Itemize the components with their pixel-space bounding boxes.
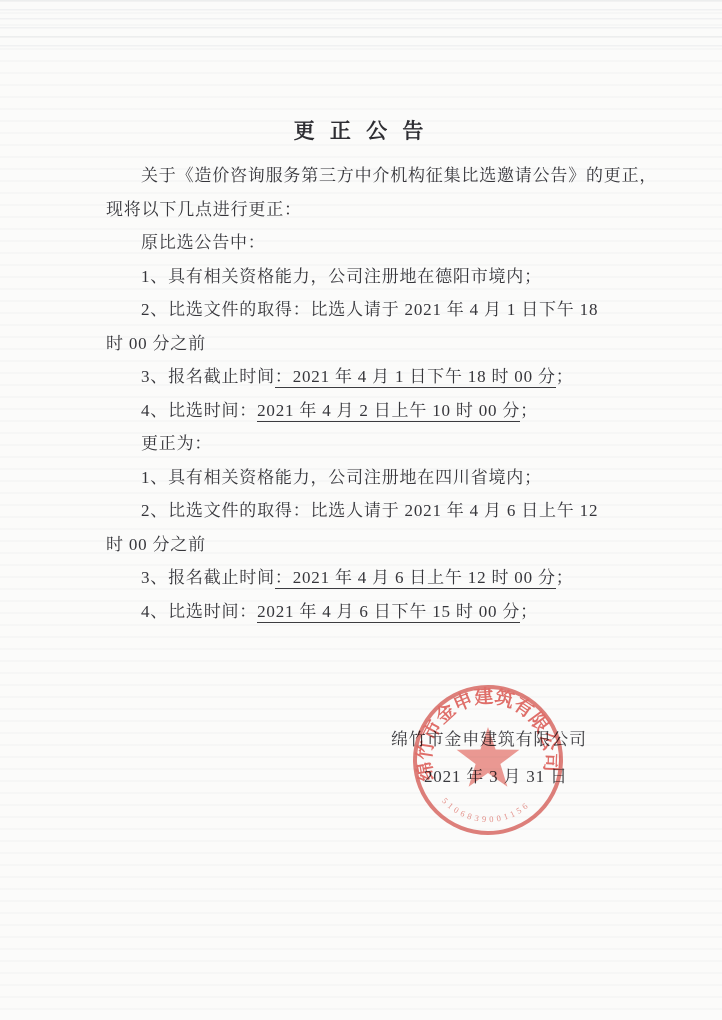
text: 原比选公告中：	[141, 233, 266, 252]
text: 时 00 分之前	[106, 334, 206, 353]
text: 1、具有相关资格能力，公司注册地在四川省境内；	[141, 468, 542, 487]
document-line: 更正为：	[106, 427, 626, 461]
text: 更正为：	[141, 434, 212, 453]
document-line: 2、比选文件的取得：比选人请于 2021 年 4 月 1 日下午 18	[106, 293, 626, 327]
underlined-text: 2021 年 4 月 2 日上午 10 时 00 分	[257, 401, 520, 422]
document-body: 关于《造价咨询服务第三方中介机构征集比选邀请公告》的更正，现将以下几点进行更正：…	[106, 159, 626, 628]
signature-company: 绵竹市金申建筑有限公司	[391, 725, 587, 750]
document-line: 2、比选文件的取得：比选人请于 2021 年 4 月 6 日上午 12	[106, 494, 626, 528]
text: 4、比选时间：	[141, 401, 257, 420]
document-line: 原比选公告中：	[106, 226, 626, 260]
underlined-text: 2021 年 4 月 6 日下午 15 时 00 分	[257, 602, 520, 623]
page-title: 更 正 公 告	[0, 115, 722, 145]
svg-text:5106839001156: 5106839001156	[440, 796, 529, 824]
document-line: 时 00 分之前	[106, 528, 626, 562]
scan-streaks	[0, 0, 722, 48]
text: 2、比选文件的取得：比选人请于 2021 年 4 月 6 日上午 12	[141, 501, 598, 520]
seal-serial-number: 5106839001156	[440, 796, 529, 824]
document-line: 3、报名截止时间：2021 年 4 月 6 日上午 12 时 00 分；	[106, 561, 626, 595]
text: 2、比选文件的取得：比选人请于 2021 年 4 月 1 日下午 18	[141, 300, 598, 319]
document-line: 时 00 分之前	[106, 327, 626, 361]
text: 3、报名截止时间	[141, 568, 275, 587]
text: 时 00 分之前	[106, 535, 206, 554]
document-line: 现将以下几点进行更正：	[106, 193, 626, 227]
signature-date: 2021 年 3 月 31 日	[424, 762, 568, 787]
document-line: 1、具有相关资格能力，公司注册地在四川省境内；	[106, 461, 626, 495]
document-line: 关于《造价咨询服务第三方中介机构征集比选邀请公告》的更正，	[106, 159, 626, 193]
document-page: 更 正 公 告 关于《造价咨询服务第三方中介机构征集比选邀请公告》的更正，现将以…	[0, 0, 722, 1020]
underlined-text: ：2021 年 4 月 1 日下午 18 时 00 分	[275, 367, 556, 388]
company-seal-graphic: 绵竹市金申建筑有限公司 5106839001156	[403, 675, 573, 845]
document-line: 4、比选时间：2021 年 4 月 6 日下午 15 时 00 分；	[106, 595, 626, 629]
text: 3、报名截止时间	[141, 367, 275, 386]
company-seal: 绵竹市金申建筑有限公司 5106839001156	[403, 675, 573, 845]
text: ；	[556, 367, 574, 386]
text: 1、具有相关资格能力，公司注册地在德阳市境内；	[141, 267, 542, 286]
seal-ring	[415, 687, 561, 833]
text: ；	[556, 568, 574, 587]
text: 关于《造价咨询服务第三方中介机构征集比选邀请公告》的更正，	[141, 166, 657, 185]
text: 现将以下几点进行更正：	[106, 200, 302, 219]
text: ；	[520, 602, 538, 621]
document-line: 3、报名截止时间：2021 年 4 月 1 日下午 18 时 00 分；	[106, 360, 626, 394]
document-line: 4、比选时间：2021 年 4 月 2 日上午 10 时 00 分；	[106, 394, 626, 428]
underlined-text: ：2021 年 4 月 6 日上午 12 时 00 分	[275, 568, 556, 589]
document-line: 1、具有相关资格能力，公司注册地在德阳市境内；	[106, 260, 626, 294]
text: 4、比选时间：	[141, 602, 257, 621]
text: ；	[520, 401, 538, 420]
